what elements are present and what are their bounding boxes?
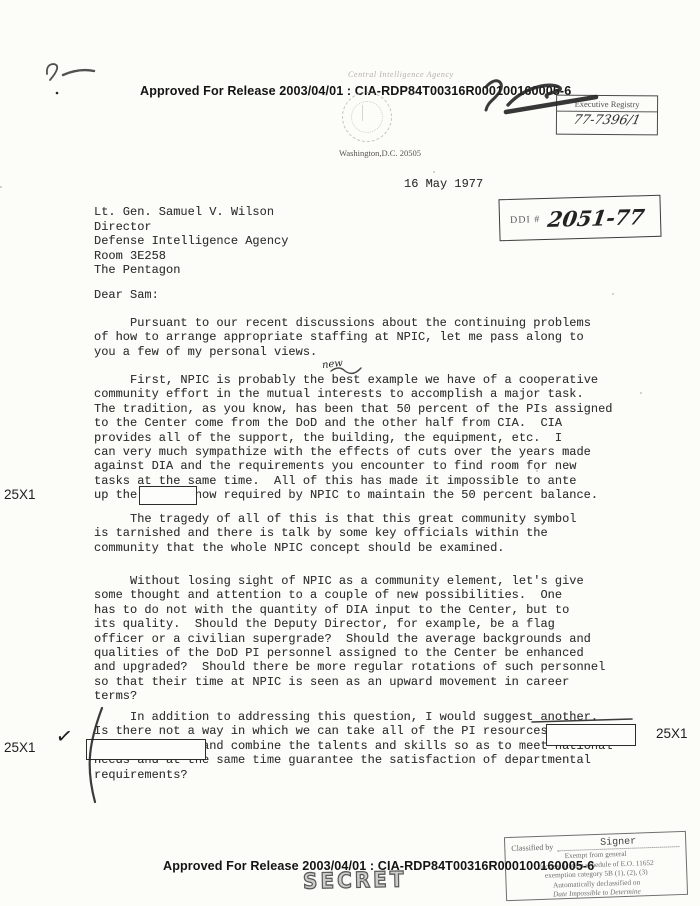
- paragraph-2: First, NPIC is probably the best example…: [94, 373, 646, 503]
- redaction-box-3: [86, 739, 206, 760]
- scan-speck: [433, 171, 435, 173]
- recipient-room: Room 3E258: [94, 249, 288, 264]
- margin-note-25x1-left-2: 25X1: [4, 740, 36, 755]
- top-left-pen-dash: [63, 70, 94, 75]
- executive-registry-title: Executive Registry: [557, 99, 657, 113]
- salutation: Dear Sam:: [94, 288, 159, 302]
- executive-registry-number: 77-7396/1: [555, 113, 658, 129]
- recipient-building: The Pentagon: [94, 263, 288, 278]
- recipient-address-block: Lt. Gen. Samuel V. Wilson Director Defen…: [94, 205, 288, 278]
- margin-note-25x1-left-1: 25X1: [4, 487, 36, 502]
- redaction-box-2: [546, 724, 636, 746]
- recipient-name: Lt. Gen. Samuel V. Wilson: [94, 205, 288, 220]
- ddi-number-stamp: DDI # 2051-77: [498, 195, 661, 242]
- cia-seal-icon: [342, 92, 392, 142]
- scan-speck: [612, 293, 614, 295]
- classified-by-label: Classified by: [511, 842, 553, 852]
- redaction-box-1: [139, 486, 197, 505]
- ddi-stamp-label: DDI #: [510, 214, 541, 226]
- handwritten-checkmark: ✓: [54, 723, 74, 750]
- paragraph-1: Pursuant to our recent discussions about…: [94, 316, 646, 359]
- cia-seal-core-mark: [362, 105, 371, 121]
- scan-speck: [536, 470, 538, 472]
- scanned-letter-page: Central Intelligence Agency Approved For…: [0, 0, 700, 906]
- top-left-pen-dot: [56, 92, 59, 95]
- scan-speck: [0, 186, 2, 188]
- secret-stamp: SECRET: [303, 866, 407, 894]
- ddi-stamp-number: 2051-77: [546, 204, 646, 232]
- letterhead-agency-name: Central Intelligence Agency: [348, 70, 454, 79]
- letterhead-address: Washington,D.C. 20505: [339, 148, 421, 158]
- paragraph-3: The tragedy of all of this is that this …: [94, 512, 646, 555]
- executive-registry-stamp: Executive Registry 77-7396/1: [556, 95, 658, 136]
- top-left-pen-mark: [47, 64, 57, 80]
- recipient-agency: Defense Intelligence Agency: [94, 234, 288, 249]
- paragraph-4: Without losing sight of NPIC as a commun…: [94, 574, 646, 704]
- scan-speck: [640, 392, 642, 394]
- recipient-title: Director: [94, 220, 288, 235]
- handwritten-insertion-word: new: [321, 358, 343, 371]
- letter-date: 16 May 1977: [404, 177, 483, 191]
- classified-by-value: Signer: [600, 837, 636, 849]
- margin-note-25x1-right: 25X1: [656, 726, 688, 741]
